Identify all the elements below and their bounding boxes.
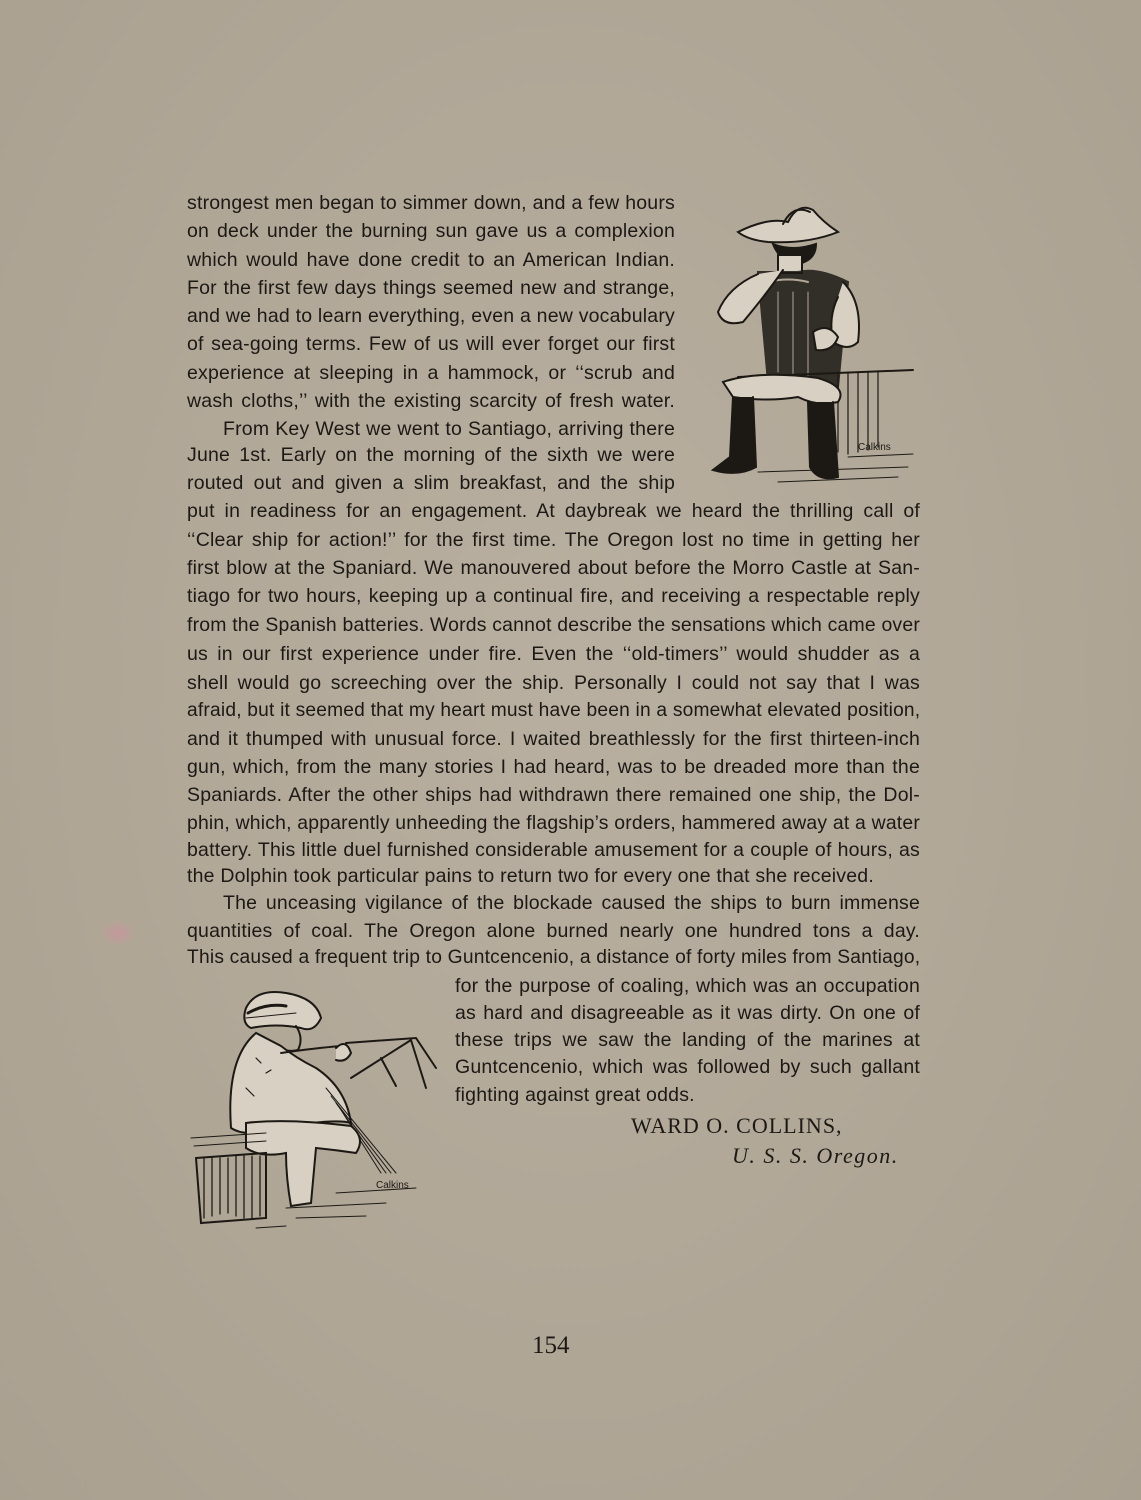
text-line: shell would go screeching over the ship.… (187, 669, 920, 697)
text-line: phin, which, apparently unheeding the fl… (187, 809, 920, 837)
text-line: put in readiness for an engagement. At d… (187, 497, 920, 525)
text-line: afraid, but it seemed that my heart must… (187, 697, 920, 725)
text-line: which would have done credit to an Ameri… (187, 246, 675, 274)
text-line: and it thumped with unusual force. I wai… (187, 725, 920, 753)
svg-text:Calkins: Calkins (858, 442, 891, 453)
text-line: The unceasing vigilance of the blockade … (187, 889, 920, 917)
text-line: Spaniards. After the other ships had wit… (187, 781, 920, 809)
text-line: us in our first experience under fire. E… (187, 640, 920, 668)
text-line: the Dolphin took particular pains to ret… (187, 862, 920, 890)
text-line: experience at sleeping in a hammock, or … (187, 359, 675, 387)
text-line: Guntcencenio, which was followed by such… (455, 1053, 920, 1081)
text-line: From Key West we went to Santiago, arriv… (187, 415, 675, 443)
svg-text:Calkins: Calkins (376, 1180, 409, 1191)
text-line: first blow at the Spaniard. We manouvere… (187, 554, 920, 582)
text-line: ‘‘Clear ship for action!’’ for the first… (187, 526, 920, 554)
sailor-sitting-icon: Calkins (186, 978, 451, 1243)
text-line: for the purpose of coaling, which was an… (455, 972, 920, 1000)
text-line: quantities of coal. The Oregon alone bur… (187, 917, 920, 945)
page-number: 154 (532, 1331, 570, 1361)
sailor-drinking-icon: Calkins (698, 192, 923, 492)
text-line: For the first few days things seemed new… (187, 274, 675, 302)
text-line: of sea-going terms. Few of us will ever … (187, 330, 675, 358)
text-line: battery. This little duel furnished cons… (187, 836, 920, 864)
text-line: This caused a frequent trip to Guntcence… (187, 944, 920, 972)
author-ship: U. S. S. Oregon. (732, 1142, 899, 1170)
paper-stain (100, 920, 136, 946)
text-line: wash cloths,’’ with the existing scarcit… (187, 387, 675, 415)
text-line: gun, which, from the many stories I had … (187, 753, 920, 781)
text-line: June 1st. Early on the morning of the si… (187, 441, 675, 469)
illustration-sailor-drinking: Calkins (698, 192, 923, 492)
text-line: as hard and disagreeable as it was dirty… (455, 999, 920, 1027)
text-line: tiago for two hours, keeping up a contin… (187, 582, 920, 610)
text-line: fighting against great odds. (455, 1081, 920, 1109)
text-line: these trips we saw the landing of the ma… (455, 1026, 920, 1054)
text-line: on deck under the burning sun gave us a … (187, 217, 675, 245)
text-line: routed out and given a slim breakfast, a… (187, 469, 675, 497)
text-line: and we had to learn everything, even a n… (187, 302, 675, 330)
text-line: from the Spanish batteries. Words cannot… (187, 611, 920, 639)
text-line: strongest men began to simmer down, and … (187, 189, 675, 217)
author-signature: WARD O. COLLINS, (631, 1112, 843, 1140)
illustration-sailor-sitting: Calkins (186, 978, 451, 1243)
